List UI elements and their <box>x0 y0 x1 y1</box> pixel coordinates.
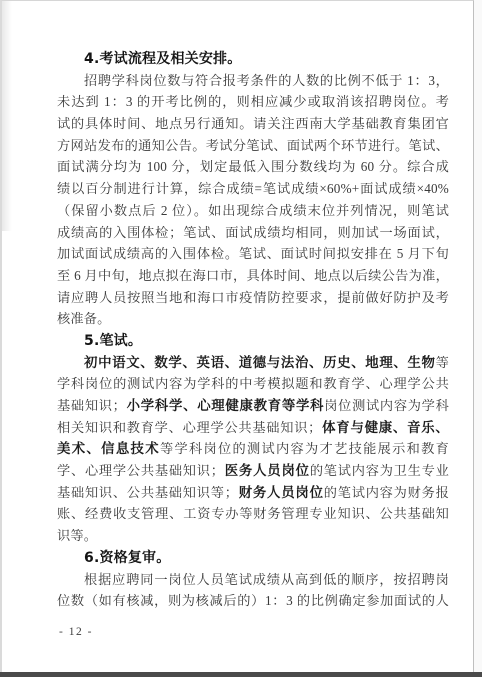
text-segment: 至 6 月中旬，地点拟在海口市，具体时间、地点以后续公告为准， <box>57 268 449 283</box>
text-line: 招聘学科岗位数与符合报考条件的人数的比例不低于 1：3， <box>57 70 449 92</box>
text-line: 位数（如有核减，则为核减后的）1：3 的比例确定参加面试的人 <box>57 590 449 612</box>
page-text: 4.考试流程及相关安排。招聘学科岗位数与符合报考条件的人数的比例不低于 1：3，… <box>57 48 449 612</box>
bold-text-segment: 医务人员岗位 <box>224 464 310 479</box>
text-segment: 等学科岗位的测试内容为才艺技能展示和教育 <box>160 441 449 456</box>
text-line: 成绩高的入围体检；笔试、面试成绩均相同，则加试一场面试， <box>57 222 449 244</box>
bold-text-segment: 5.笔试。 <box>84 333 142 349</box>
page-bottom-edge <box>0 672 482 677</box>
text-segment: 等 <box>436 355 449 370</box>
text-line: 试的具体时间、地点另行通知。请关注西南大学基础教育集团官 <box>57 113 449 135</box>
bold-text-segment: 初中语文、数学、英语、道德与法治、历史、地理、生物 <box>84 356 436 371</box>
text-line: 至 6 月中旬，地点拟在海口市，具体时间、地点以后续公告为准， <box>57 265 449 287</box>
text-segment: 学、心理学公共基础知识； <box>57 463 224 478</box>
text-segment: 试的具体时间、地点另行通知。请关注西南大学基础教育集团官 <box>57 116 449 131</box>
text-line: 识等。 <box>57 525 449 547</box>
text-line: 方网站发布的通知公告。考试分笔试、面试两个环节进行。笔试、 <box>57 135 449 157</box>
text-line: 核准备。 <box>57 308 449 330</box>
document-viewer: 4.考试流程及相关安排。招聘学科岗位数与符合报考条件的人数的比例不低于 1：3，… <box>0 0 482 677</box>
document-page: 4.考试流程及相关安排。招聘学科岗位数与符合报考条件的人数的比例不低于 1：3，… <box>0 0 474 672</box>
bold-text-segment: 小学科学、心理健康教育等学科 <box>126 399 324 414</box>
bold-text-segment: 美术、信息技术 <box>57 442 160 457</box>
bold-text-segment: 财务人员岗位 <box>238 486 324 501</box>
page-right-margin <box>474 0 482 677</box>
text-segment: 招聘学科岗位数与符合报考条件的人数的比例不低于 1：3， <box>84 73 449 88</box>
text-segment: 的笔试内容为卫生专业 <box>310 463 449 478</box>
section-heading-line: 5.笔试。 <box>57 330 449 352</box>
text-line: 学、心理学公共基础知识；医务人员岗位的笔试内容为卫生专业 <box>57 460 449 482</box>
text-segment: 根据应聘同一岗位人员笔试成绩从高到低的顺序，按招聘岗 <box>84 572 449 587</box>
text-line: 请应聘人员按照当地和海口市疫情防控要求，提前做好防护及考 <box>57 287 449 309</box>
scan-corner-shading <box>2 1 12 231</box>
text-segment: 识等。 <box>57 528 97 543</box>
text-line: 未达到 1：3 的开考比例的，则相应减少或取消该招聘岗位。考 <box>57 91 449 113</box>
section-heading-line: 6.资格复审。 <box>57 547 449 569</box>
text-segment: （保留小数点后 2 位）。如出现综合成绩末位并列情况，则笔试 <box>57 203 449 218</box>
text-segment: 学科岗位的测试内容为学科的中考模拟题和教育学、心理学公共 <box>57 376 449 391</box>
text-segment: 相关知识和教育学、心理学公共基础知识； <box>57 420 322 435</box>
bold-text-segment: 6.资格复审。 <box>84 550 170 566</box>
text-segment: 未达到 1：3 的开考比例的，则相应减少或取消该招聘岗位。考 <box>57 94 449 109</box>
text-line: （保留小数点后 2 位）。如出现综合成绩末位并列情况，则笔试 <box>57 200 449 222</box>
text-segment: 的笔试内容为财务报 <box>324 485 449 500</box>
text-segment: 岗位测试内容为学科 <box>324 398 449 413</box>
bold-text-segment: 体育与健康、音乐、 <box>322 421 449 436</box>
text-line: 账、经费收支管理、工资专办等财务管理专业知识、公共基础知 <box>57 503 449 525</box>
text-line: 学科岗位的测试内容为学科的中考模拟题和教育学、心理学公共 <box>57 373 449 395</box>
text-line: 相关知识和教育学、心理学公共基础知识；体育与健康、音乐、 <box>57 417 449 439</box>
text-segment: 方网站发布的通知公告。考试分笔试、面试两个环节进行。笔试、 <box>57 138 449 153</box>
text-line: 基础知识；小学科学、心理健康教育等学科岗位测试内容为学科 <box>57 395 449 417</box>
text-segment: 账、经费收支管理、工资专办等财务管理专业知识、公共基础知 <box>57 506 449 521</box>
text-line: 面试满分均为 100 分，划定最低入围分数线均为 60 分。综合成 <box>57 156 449 178</box>
text-segment: 绩以百分制进行计算，综合成绩=笔试成绩×60%+面试成绩×40% <box>57 181 449 196</box>
text-segment: 基础知识、公共基础知识等； <box>57 485 238 500</box>
text-line: 基础知识、公共基础知识等；财务人员岗位的笔试内容为财务报 <box>57 482 449 504</box>
text-line: 初中语文、数学、英语、道德与法治、历史、地理、生物等 <box>57 352 449 374</box>
text-segment: 成绩高的入围体检；笔试、面试成绩均相同，则加试一场面试， <box>57 225 449 240</box>
page-number: - 12 - <box>59 626 93 638</box>
text-segment: 位数（如有核减，则为核减后的）1：3 的比例确定参加面试的人 <box>57 593 449 608</box>
text-segment: 加试面试成绩高的入围体检。笔试、面试时间拟安排在 5 月下旬 <box>57 246 449 261</box>
text-segment: 请应聘人员按照当地和海口市疫情防控要求，提前做好防护及考 <box>57 290 449 305</box>
text-segment: 核准备。 <box>57 311 111 326</box>
section-heading-line: 4.考试流程及相关安排。 <box>57 48 449 70</box>
text-line: 绩以百分制进行计算，综合成绩=笔试成绩×60%+面试成绩×40% <box>57 178 449 200</box>
text-line: 根据应聘同一岗位人员笔试成绩从高到低的顺序，按招聘岗 <box>57 569 449 591</box>
text-line: 美术、信息技术等学科岗位的测试内容为才艺技能展示和教育 <box>57 438 449 460</box>
text-segment: 基础知识； <box>57 398 126 413</box>
text-segment: 面试满分均为 100 分，划定最低入围分数线均为 60 分。综合成 <box>57 159 449 174</box>
text-line: 加试面试成绩高的入围体检。笔试、面试时间拟安排在 5 月下旬 <box>57 243 449 265</box>
bold-text-segment: 4.考试流程及相关安排。 <box>84 51 241 67</box>
